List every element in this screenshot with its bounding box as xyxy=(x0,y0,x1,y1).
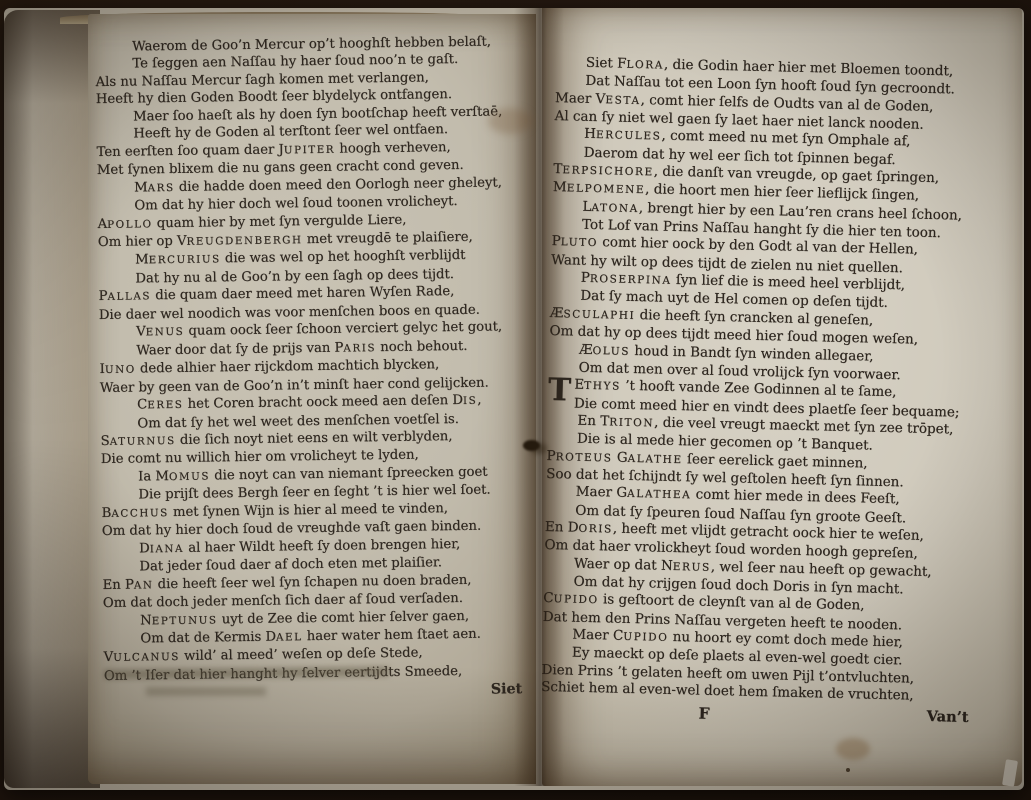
small-caps-name: ENUS xyxy=(146,326,185,339)
small-caps-name: SCULAPHI xyxy=(563,308,635,322)
small-caps-name: ELPOMENE xyxy=(567,183,646,197)
right-page-text: Siet FLORA, die Godin haer hier met Bloe… xyxy=(540,54,1012,730)
small-caps-name: ATURNUS xyxy=(110,435,176,448)
small-caps-name: ESTA xyxy=(605,94,641,107)
photo-backdrop: Waerom de Goo’n Mercur op’t hooghſt hebb… xyxy=(0,0,1031,800)
small-caps-name: ALATHE xyxy=(627,452,682,465)
small-caps-name: OLUS xyxy=(592,344,630,357)
small-caps-name: UPIDO xyxy=(623,631,668,644)
drop-cap-initial: T xyxy=(548,377,572,405)
small-caps-name: ERUS xyxy=(673,561,711,574)
small-caps-name: LORA xyxy=(626,59,664,72)
small-caps-name: ATONA xyxy=(591,202,639,215)
left-page-text: Waerom de Goo’n Mercur op’t hooghſt hebb… xyxy=(95,33,540,705)
small-caps-name: ERES xyxy=(147,399,183,412)
paper-stain xyxy=(488,108,532,134)
small-caps-name: ALATHEA xyxy=(627,488,692,502)
small-caps-name: POLLO xyxy=(107,218,153,231)
small-caps-name: OMUS xyxy=(169,470,210,483)
small-caps-name: ORIS xyxy=(578,523,613,536)
catchword-right: Van’t xyxy=(926,708,968,726)
small-caps-name: ULCANUS xyxy=(113,651,180,664)
small-caps-name: ERPSICHORE xyxy=(562,164,654,178)
small-caps-name: IS xyxy=(463,395,477,407)
small-caps-name: ERCULES xyxy=(596,129,662,143)
small-caps-name: ROSERPINA xyxy=(590,273,672,287)
small-caps-name: UPITER xyxy=(284,143,336,156)
paper-stain xyxy=(836,738,870,760)
small-caps-name: UPIDO xyxy=(553,593,598,606)
small-caps-name: AN xyxy=(134,579,154,591)
fore-edge-shading xyxy=(4,10,100,788)
paper-speck xyxy=(846,768,850,772)
signature-mark: F xyxy=(698,705,709,723)
small-caps-name: LUTO xyxy=(561,237,599,250)
small-caps-name: ACCHUS xyxy=(111,507,169,520)
small-caps-name: AEL xyxy=(276,631,303,643)
small-caps-name: IANA xyxy=(150,542,184,554)
small-caps-name: ARS xyxy=(148,182,175,194)
small-caps-name: ERCURIUS xyxy=(149,254,221,267)
small-caps-name: REUGDENBERGH xyxy=(186,234,302,248)
small-caps-name: UNO xyxy=(105,364,136,376)
small-caps-name: ROTEUS xyxy=(555,451,612,464)
small-caps-name: EPTUNUS xyxy=(152,614,218,627)
small-caps-name: ARIS xyxy=(343,342,376,354)
ink-blot xyxy=(523,440,540,451)
small-caps-name: ALLAS xyxy=(107,291,151,304)
small-caps-name: THYS xyxy=(584,380,621,393)
show-through-text xyxy=(146,687,266,696)
small-caps-name: RITON xyxy=(609,416,654,429)
